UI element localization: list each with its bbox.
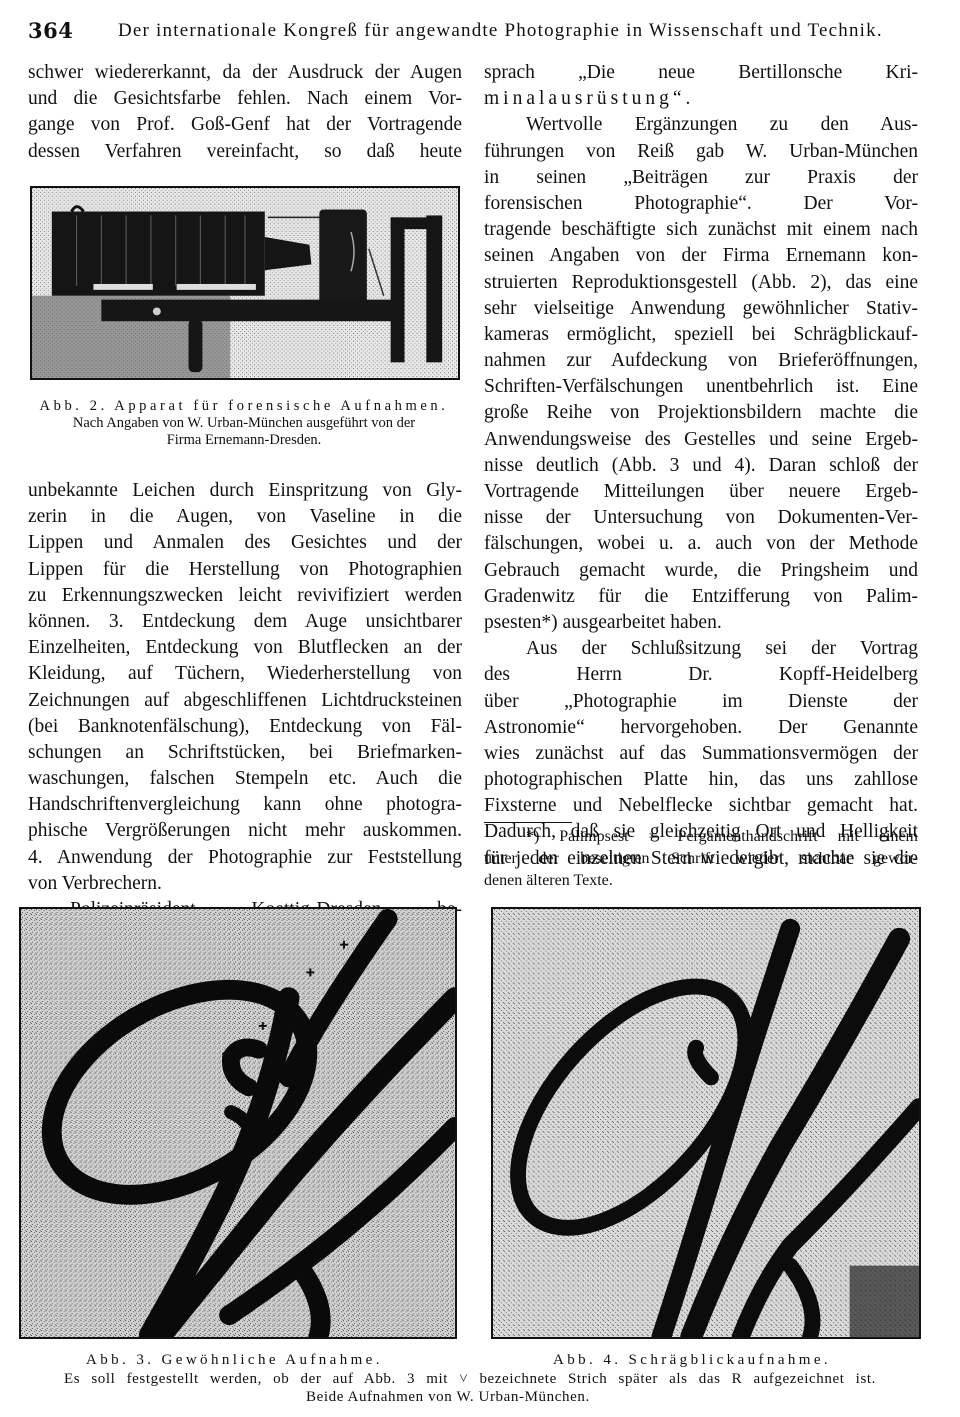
text-line: struierten Reproduktionsgestell (Abb. 2)…: [484, 270, 918, 296]
text-line: fälschungen, wobei u. a. auch von der Me…: [484, 531, 918, 557]
text-line: nahmen zur Aufdeckung von Brieferöffnung…: [484, 348, 918, 374]
text-line: und die Gesichtsfarbe fehlen. Nach einem…: [28, 86, 462, 112]
figure-2-caption: Abb. 2. Apparat für forensische Aufnahme…: [22, 398, 466, 449]
text-line: nisse der Untersuchung von Dokumenten-Ve…: [484, 505, 918, 531]
text-line: können. 3. Entdeckung dem Auge unsichtba…: [28, 609, 462, 635]
text-line: nisse deutlich (Abb. 3 und 4). Daran sch…: [484, 453, 918, 479]
left-column-bottom: unbekannte Leichen durch Einspritzung vo…: [28, 478, 462, 923]
footnote: *) Palimpsest = Pergamenthandschrift mit…: [484, 826, 918, 892]
figure-3-caption: Abb. 3. Gewöhnliche Aufnahme.: [86, 1352, 383, 1369]
text-line: von Verbrechern.: [28, 871, 462, 897]
text-line: Aus der Schlußsitzung sei der Vortrag: [484, 636, 918, 662]
text-line: Gradenwitz für die Entzifferung von Pali…: [484, 584, 918, 610]
text-line: Zeichnungen auf abgeschliffenen Lichtdru…: [28, 688, 462, 714]
text-line: des Herrn Dr. Kopff-Heidelberg: [484, 662, 918, 688]
running-head: 364 Der internationale Kongreß für angew…: [28, 18, 948, 44]
text-line: Wertvolle Ergänzungen zu den Aus-: [484, 112, 918, 138]
text-line: dessen Verfahren vereinfacht, so daß heu…: [28, 139, 462, 165]
camera-stand-image: [32, 188, 458, 378]
text-line: führungen von Reiß gab W. Urban-München: [484, 139, 918, 165]
text-line: Handschriftenvergleichung kann ohne phot…: [28, 792, 462, 818]
footnote-rule: [484, 822, 572, 823]
text-line: sprach „Die neue Bertillonsche Kri-: [484, 60, 918, 86]
footnote-line: denen älteren Texte.: [484, 870, 918, 892]
left-column-top: schwer wiedererkannt, da der Ausdruck de…: [28, 60, 462, 165]
text-line: zerin in die Augen, von Vaseline in die: [28, 504, 462, 530]
figures-shared-note: Es soll festgestellt werden, ob der auf …: [64, 1371, 876, 1388]
handwriting-strokes-oblique-image: [493, 909, 919, 1337]
text-line: Lippen für die Herstellung von Photograp…: [28, 557, 462, 583]
text-line: waschungen, falschen Stempeln etc. Auch …: [28, 766, 462, 792]
figure-2-caption-line: Nach Angaben von W. Urban-München ausgef…: [22, 415, 466, 432]
text-line: sehr vielseitige Anwendung gewöhnlicher …: [484, 296, 918, 322]
figure-2-caption-title: Abb. 2. Apparat für forensische Aufnahme…: [22, 398, 466, 415]
text-line: Astronomie“ hervorgehoben. Der Genannte: [484, 715, 918, 741]
figure-2-caption-line: Firma Ernemann-Dresden.: [22, 432, 466, 449]
text-line: wies zunächst auf das Summationsvermögen…: [484, 741, 918, 767]
text-line: Anwendungsweise des Gestelles und seine …: [484, 427, 918, 453]
text-line: gange von Prof. Goß-Genf hat der Vortrag…: [28, 112, 462, 138]
text-line: Einzelheiten, Entdeckung von Blutflecken…: [28, 635, 462, 661]
text-line: schungen an Schriftstücken, bei Briefmar…: [28, 740, 462, 766]
text-line: forensischen Photographie“. Der Vor-: [484, 191, 918, 217]
text-line: über „Photographie im Dienste der: [484, 689, 918, 715]
text-line: minalausrüstung“.: [484, 86, 918, 112]
text-line: (bei Banknotenfälschung), Entdeckung von…: [28, 714, 462, 740]
text-line: 4. Anwendung der Photographie zur Festst…: [28, 845, 462, 871]
text-line: kameras ermöglicht, speziell bei Schrägb…: [484, 322, 918, 348]
text-line: tragende beschäftigte sich zunächst mit …: [484, 217, 918, 243]
text-line: seinen Angaben von der Firma Ernemann ko…: [484, 243, 918, 269]
figures-credit: Beide Aufnahmen von W. Urban-München.: [306, 1389, 590, 1406]
running-title: Der internationale Kongreß für angewandt…: [118, 20, 948, 42]
footnote-line: unter der beseitigten Schrift wieder sic…: [484, 848, 918, 870]
text-line: Kleidung, auf Tüchern, Wiederherstellung…: [28, 661, 462, 687]
handwriting-strokes-image: [21, 909, 455, 1337]
page-number: 364: [28, 18, 73, 43]
text-line: Fixsterne und Nebelflecke sichtbar gemac…: [484, 793, 918, 819]
figure-4-oblique-photo: [491, 907, 921, 1339]
text-line: Schriften-Verfälschungen unentbehrlich i…: [484, 374, 918, 400]
text-line: phische Vergrößerungen nicht mehr auskom…: [28, 818, 462, 844]
text-line: Gebrauch gemacht wurde, die Pringsheim u…: [484, 558, 918, 584]
text-line: photographischen Platte hin, das uns zah…: [484, 767, 918, 793]
footnote-line: *) Palimpsest = Pergamenthandschrift mit…: [484, 826, 918, 848]
right-column: sprach „Die neue Bertillonsche Kri- mina…: [484, 60, 918, 872]
text-line: schwer wiedererkannt, da der Ausdruck de…: [28, 60, 462, 86]
text-line: unbekannte Leichen durch Einspritzung vo…: [28, 478, 462, 504]
text-line: Lippen und Anmalen des Gesichtes und der: [28, 530, 462, 556]
text-line: Vortragende Mitteilungen über neuere Erg…: [484, 479, 918, 505]
figure-4-caption: Abb. 4. Schrägblickaufnahme.: [553, 1352, 831, 1369]
figure-3-ordinary-photo: [19, 907, 457, 1339]
text-line: zu Erkennungszwecken leicht revivifizier…: [28, 583, 462, 609]
text-line: große Reihe von Projektionsbildern macht…: [484, 400, 918, 426]
text-line: in seinen „Beiträgen zur Praxis der: [484, 165, 918, 191]
figure-2-camera-photo: [30, 186, 460, 380]
text-line: psesten*) ausgearbeitet haben.: [484, 610, 918, 636]
